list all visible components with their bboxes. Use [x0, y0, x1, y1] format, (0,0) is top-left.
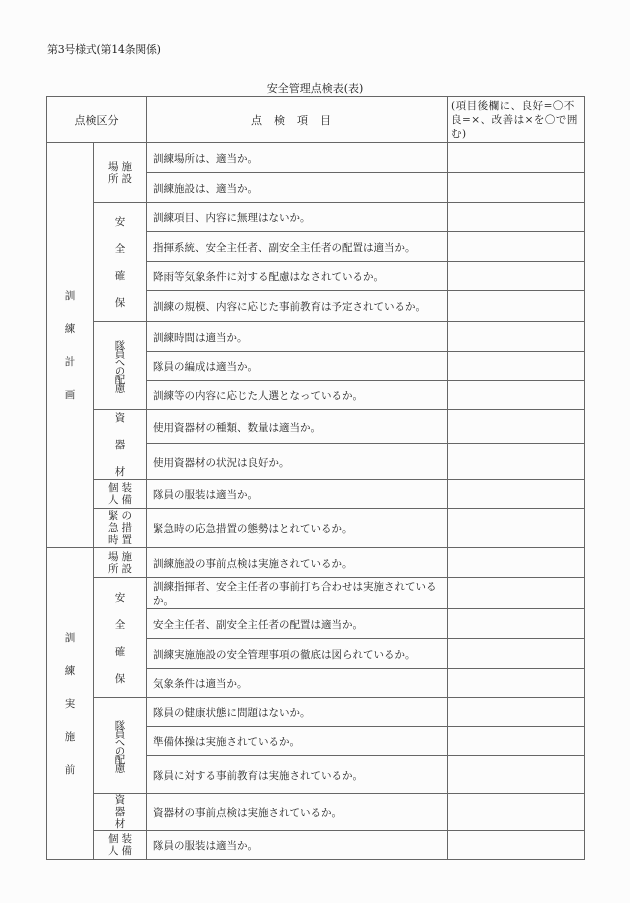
subcategory-char: 所: [108, 563, 119, 575]
subcategory-char: 所: [108, 173, 119, 185]
result-cell[interactable]: [448, 352, 585, 381]
subcategory-char: の: [122, 510, 133, 522]
subcategory-label: 資器材: [94, 410, 147, 480]
check-item: 指揮系統、安全主任者、副安全主任者の配置は適当か。: [147, 232, 448, 262]
subcategory-label: 個人装備: [94, 831, 147, 860]
check-item: 訓練項目、内容に無理はないか。: [147, 203, 448, 232]
section-label-char: 訓: [65, 288, 76, 303]
result-cell[interactable]: [448, 698, 585, 727]
subcategory-label: 資器材: [94, 794, 147, 831]
subcategory-char: 場: [108, 551, 119, 563]
subcategory-label: 場所施設: [94, 143, 147, 203]
subcategory-char: 施: [122, 551, 133, 563]
section-label-char: 計: [65, 354, 76, 369]
subcategory-char: 急: [108, 522, 119, 534]
subcategory-char: 資: [115, 410, 126, 425]
section-label-char: 実: [65, 696, 76, 711]
subcategory-char: 器: [115, 806, 126, 818]
header-row: 点検区分 点検項目 (項目後欄に、良好=〇不良=×、改善は×を〇で囲む): [47, 97, 585, 143]
form-number: 第3号様式(第14条関係): [47, 41, 161, 57]
result-cell[interactable]: [448, 578, 585, 609]
result-cell[interactable]: [448, 232, 585, 262]
table-row: 訓練計画場所施設訓練場所は、適当か。: [47, 143, 585, 173]
subcategory-char: 安: [115, 590, 126, 605]
subcategory-char: 人: [108, 845, 119, 857]
result-cell[interactable]: [448, 173, 585, 203]
table-row: 個人装備隊員の服装は適当か。: [47, 831, 585, 860]
subcategory-char: 装: [122, 833, 133, 845]
table-row: 隊員への配慮隊員の健康状態に問題はないか。: [47, 698, 585, 727]
check-item: 訓練場所は、適当か。: [147, 143, 448, 173]
check-item: 訓練等の内容に応じた人選となっているか。: [147, 381, 448, 410]
subcategory-char: 備: [122, 845, 133, 857]
subcategory-char: 資: [115, 794, 126, 806]
section-label-char: 画: [65, 387, 76, 402]
subcategory-label: 個人装備: [94, 480, 147, 509]
subcategory-label: 緊急時の措置: [94, 509, 147, 548]
subcategory-label: 隊員への配慮: [94, 322, 147, 410]
table-row: 個人装備隊員の服装は適当か。: [47, 480, 585, 509]
safety-checklist-table: 点検区分 点検項目 (項目後欄に、良好=〇不良=×、改善は×を〇で囲む) 訓練計…: [46, 96, 585, 860]
result-cell[interactable]: [448, 669, 585, 698]
check-item: 訓練指揮者、安全主任者の事前打ち合わせは実施されているか。: [147, 578, 448, 609]
check-item: 隊員の服装は適当か。: [147, 480, 448, 509]
result-cell[interactable]: [448, 291, 585, 322]
subcategory-char: 設: [122, 563, 133, 575]
subcategory-char: 安: [115, 214, 126, 229]
subcategory-text: 隊員への配慮: [113, 340, 128, 391]
subcategory-char: 個: [108, 482, 119, 494]
section-label-char: 練: [65, 663, 76, 678]
subcategory-char: 時: [108, 534, 119, 546]
result-cell[interactable]: [448, 794, 585, 831]
subcategory-char: 材: [115, 464, 126, 479]
result-cell[interactable]: [448, 831, 585, 860]
subcategory-char: 保: [115, 295, 126, 310]
result-cell[interactable]: [448, 756, 585, 794]
result-cell[interactable]: [448, 322, 585, 352]
subcategory-char: 確: [115, 268, 126, 283]
subcategory-char: 個: [108, 833, 119, 845]
table-row: 訓練実施前場所施設訓練施設の事前点検は実施されているか。: [47, 548, 585, 578]
subcategory-char: 全: [115, 241, 126, 256]
check-item: 隊員の服装は適当か。: [147, 831, 448, 860]
result-cell[interactable]: [448, 262, 585, 291]
check-item: 訓練実施施設の安全管理事項の徹底は図られているか。: [147, 639, 448, 669]
subcategory-char: 装: [122, 482, 133, 494]
subcategory-char: 材: [115, 818, 126, 830]
result-cell[interactable]: [448, 548, 585, 578]
subcategory-char: 確: [115, 644, 126, 659]
subcategory-label: 安全確保: [94, 203, 147, 322]
subcategory-char: 全: [115, 617, 126, 632]
subcategory-char: 措: [122, 522, 133, 534]
section-label-char: 前: [65, 762, 76, 777]
subcategory-char: 器: [115, 437, 126, 452]
table-row: 安全確保訓練項目、内容に無理はないか。: [47, 203, 585, 232]
result-cell[interactable]: [448, 639, 585, 669]
result-cell[interactable]: [448, 143, 585, 173]
table-row: 緊急時の措置緊急時の応急措置の態勢はとれているか。: [47, 509, 585, 548]
check-item: 緊急時の応急措置の態勢はとれているか。: [147, 509, 448, 548]
header-note: (項目後欄に、良好=〇不良=×、改善は×を〇で囲む): [448, 97, 585, 143]
table-row: 隊員への配慮訓練時間は適当か。: [47, 322, 585, 352]
table-row: 資器材使用資器材の種類、数量は適当か。: [47, 410, 585, 444]
table-row: 安全確保訓練指揮者、安全主任者の事前打ち合わせは実施されているか。: [47, 578, 585, 609]
result-cell[interactable]: [448, 444, 585, 480]
subcategory-char: 施: [122, 161, 133, 173]
check-item: 隊員に対する事前教育は実施されているか。: [147, 756, 448, 794]
subcategory-char: 保: [115, 671, 126, 686]
check-item: 訓練施設は、適当か。: [147, 173, 448, 203]
check-item: 使用資器材の状況は良好か。: [147, 444, 448, 480]
table-row: 資器材資器材の事前点検は実施されているか。: [47, 794, 585, 831]
result-cell[interactable]: [448, 727, 585, 756]
header-category: 点検区分: [47, 97, 147, 143]
check-item: 訓練時間は適当か。: [147, 322, 448, 352]
result-cell[interactable]: [448, 410, 585, 444]
result-cell[interactable]: [448, 381, 585, 410]
subcategory-label: 安全確保: [94, 578, 147, 698]
subcategory-label: 場所施設: [94, 548, 147, 578]
subcategory-label: 隊員への配慮: [94, 698, 147, 794]
section-label-char: 施: [65, 729, 76, 744]
result-cell[interactable]: [448, 509, 585, 548]
check-item: 気象条件は適当か。: [147, 669, 448, 698]
section-label-char: 訓: [65, 630, 76, 645]
header-item: 点検項目: [147, 97, 448, 143]
document-title: 安全管理点検表(表): [0, 80, 630, 96]
check-item: 降雨等気象条件に対する配慮はなされているか。: [147, 262, 448, 291]
subcategory-char: 備: [122, 494, 133, 506]
check-item: 訓練の規模、内容に応じた事前教育は予定されているか。: [147, 291, 448, 322]
check-item: 使用資器材の種類、数量は適当か。: [147, 410, 448, 444]
section-label-char: 練: [65, 321, 76, 336]
subcategory-text: 隊員への配慮: [113, 720, 128, 771]
subcategory-char: 場: [108, 161, 119, 173]
check-item: 訓練施設の事前点検は実施されているか。: [147, 548, 448, 578]
section-training-plan: 訓練計画: [47, 143, 94, 548]
check-item: 安全主任者、副安全主任者の配置は適当か。: [147, 609, 448, 639]
subcategory-char: 人: [108, 494, 119, 506]
subcategory-char: 設: [122, 173, 133, 185]
check-item: 準備体操は実施されているか。: [147, 727, 448, 756]
result-cell[interactable]: [448, 203, 585, 232]
subcategory-char: 置: [122, 534, 133, 546]
subcategory-char: 緊: [108, 510, 119, 522]
check-item: 隊員の編成は適当か。: [147, 352, 448, 381]
check-item: 資器材の事前点検は実施されているか。: [147, 794, 448, 831]
check-item: 隊員の健康状態に問題はないか。: [147, 698, 448, 727]
section-pre-training: 訓練実施前: [47, 548, 94, 860]
result-cell[interactable]: [448, 609, 585, 639]
result-cell[interactable]: [448, 480, 585, 509]
